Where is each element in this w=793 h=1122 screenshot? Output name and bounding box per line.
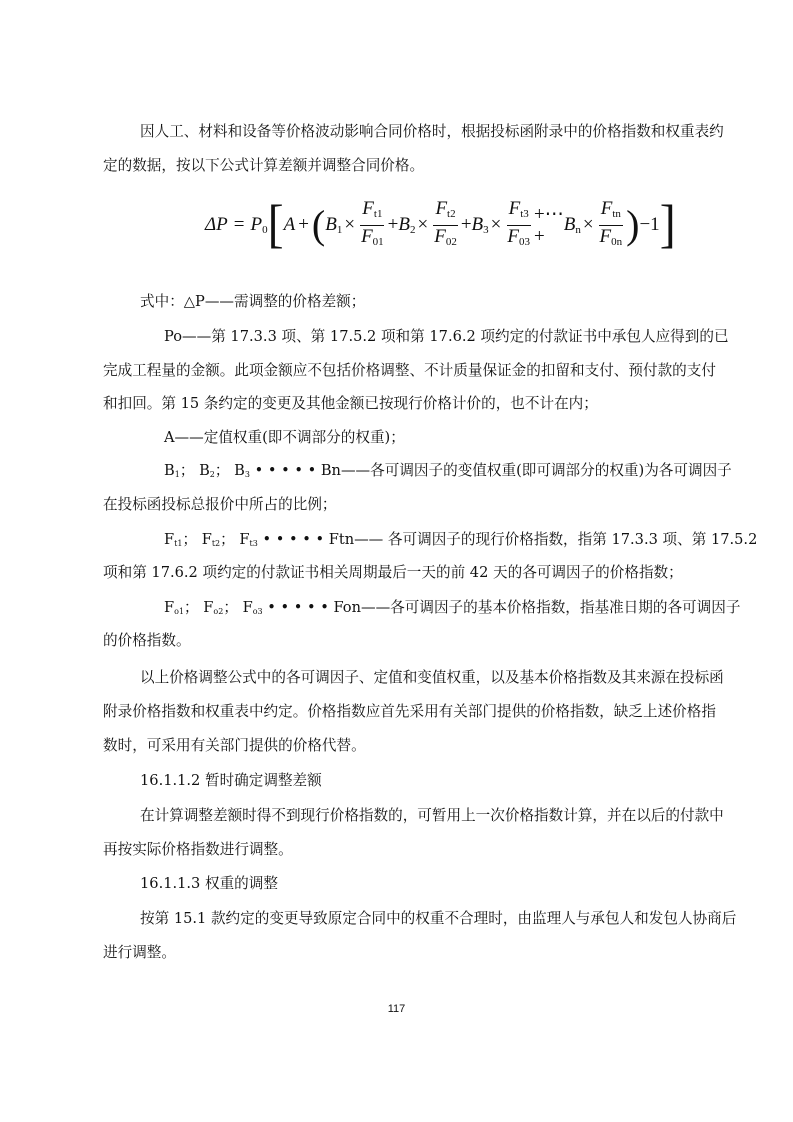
definition-ft-line-2: 项和第 17.6.2 项约定的付款证书相关周期最后一天的前 42 天的各可调因子… <box>103 563 683 583</box>
formula-fraction-3: Ft3 F03 <box>505 198 532 253</box>
right-paren-icon: ) <box>626 205 639 245</box>
sources-line-1: 以上价格调整公式中的各可调因子、定值和变值权重，以及基本价格指数及其来源在投标函 <box>140 668 724 688</box>
definition-ft-line-1: Ft1； Ft2； Ft3 • • • • • Ftn—— 各可调因子的现行价格… <box>164 530 757 554</box>
definition-po-line-1: Po——第 17.3.3 项、第 17.5.2 项和第 17.6.2 项约定的付… <box>164 327 729 347</box>
formula-fraction-1: Ft1 F01 <box>359 198 386 253</box>
definition-fo-line-1: Fo1； Fo2； Fo3 • • • • • Fon——各可调因子的基本价格指… <box>164 598 740 622</box>
price-adjustment-formula: ΔP = P0 [ A + ( B1 × Ft1 F01 + B2 × Ft2 … <box>205 190 625 260</box>
right-bracket-icon: ] <box>660 203 676 247</box>
definition-fo-line-2: 的价格指数。 <box>103 631 191 651</box>
formula-b1: B1 <box>325 214 342 236</box>
section-heading-16-1-1-3: 16.1.1.3 权重的调整 <box>140 874 278 894</box>
page-number: 117 <box>0 1003 793 1015</box>
formula-b3: B3 <box>472 214 489 236</box>
definition-po-line-2: 完成工程量的金额。此项金额应不包括价格调整、不计质量保证金的扣留和支付、预付款的… <box>103 361 716 381</box>
definition-a: A——定值权重(即不调部分的权重)； <box>164 428 405 448</box>
formula-p0: P0 <box>250 214 267 236</box>
formula-fraction-n: Ftn F0n <box>598 198 625 253</box>
left-paren-icon: ( <box>312 205 325 245</box>
formula-fraction-2: Ft2 F02 <box>432 198 459 253</box>
formula-bn: Bn <box>564 214 581 236</box>
section-heading-16-1-1-2: 16.1.1.2 暂时确定调整差额 <box>140 771 322 791</box>
formula-b2: B2 <box>398 214 415 236</box>
formula-equals: = <box>234 214 245 236</box>
formula-ellipsis: +⋯+ <box>534 203 564 248</box>
formula-lhs: ΔP <box>205 214 228 236</box>
section-3-line-2: 进行调整。 <box>103 943 176 963</box>
definition-po-line-3: 和扣回。第 15 条约定的变更及其他金额已按现行价格计价的，也不计在内； <box>103 394 598 414</box>
definition-delta-p: 式中：△P——需调整的价格差额； <box>140 292 365 312</box>
intro-line-1: 因人工、材料和设备等价格波动影响合同价格时，根据投标函附录中的价格指数和权重表约 <box>140 122 724 142</box>
formula-minus-one: −1 <box>639 214 659 236</box>
intro-line-2: 定的数据，按以下公式计算差额并调整合同价格。 <box>103 156 424 176</box>
formula-a: A <box>284 214 296 236</box>
section-2-line-1: 在计算调整差额时得不到现行价格指数的，可暂用上一次价格指数计算，并在以后的付款中 <box>140 806 724 826</box>
section-3-line-1: 按第 15.1 款约定的变更导致原定合同中的权重不合理时，由监理人与承包人和发包… <box>140 909 736 929</box>
left-bracket-icon: [ <box>268 203 284 247</box>
definition-b-line-2: 在投标函投标总报价中所占的比例； <box>103 495 337 515</box>
sources-line-3: 数时，可采用有关部门提供的价格代替。 <box>103 736 366 756</box>
section-2-line-2: 再按实际价格指数进行调整。 <box>103 840 293 860</box>
sources-line-2: 附录价格指数和权重表中约定。价格指数应首先采用有关部门提供的价格指数，缺乏上述价… <box>103 702 716 722</box>
definition-b-line-1: B1； B2； B3 • • • • • Bn——各可调因子的变值权重(即可调部… <box>164 461 732 485</box>
